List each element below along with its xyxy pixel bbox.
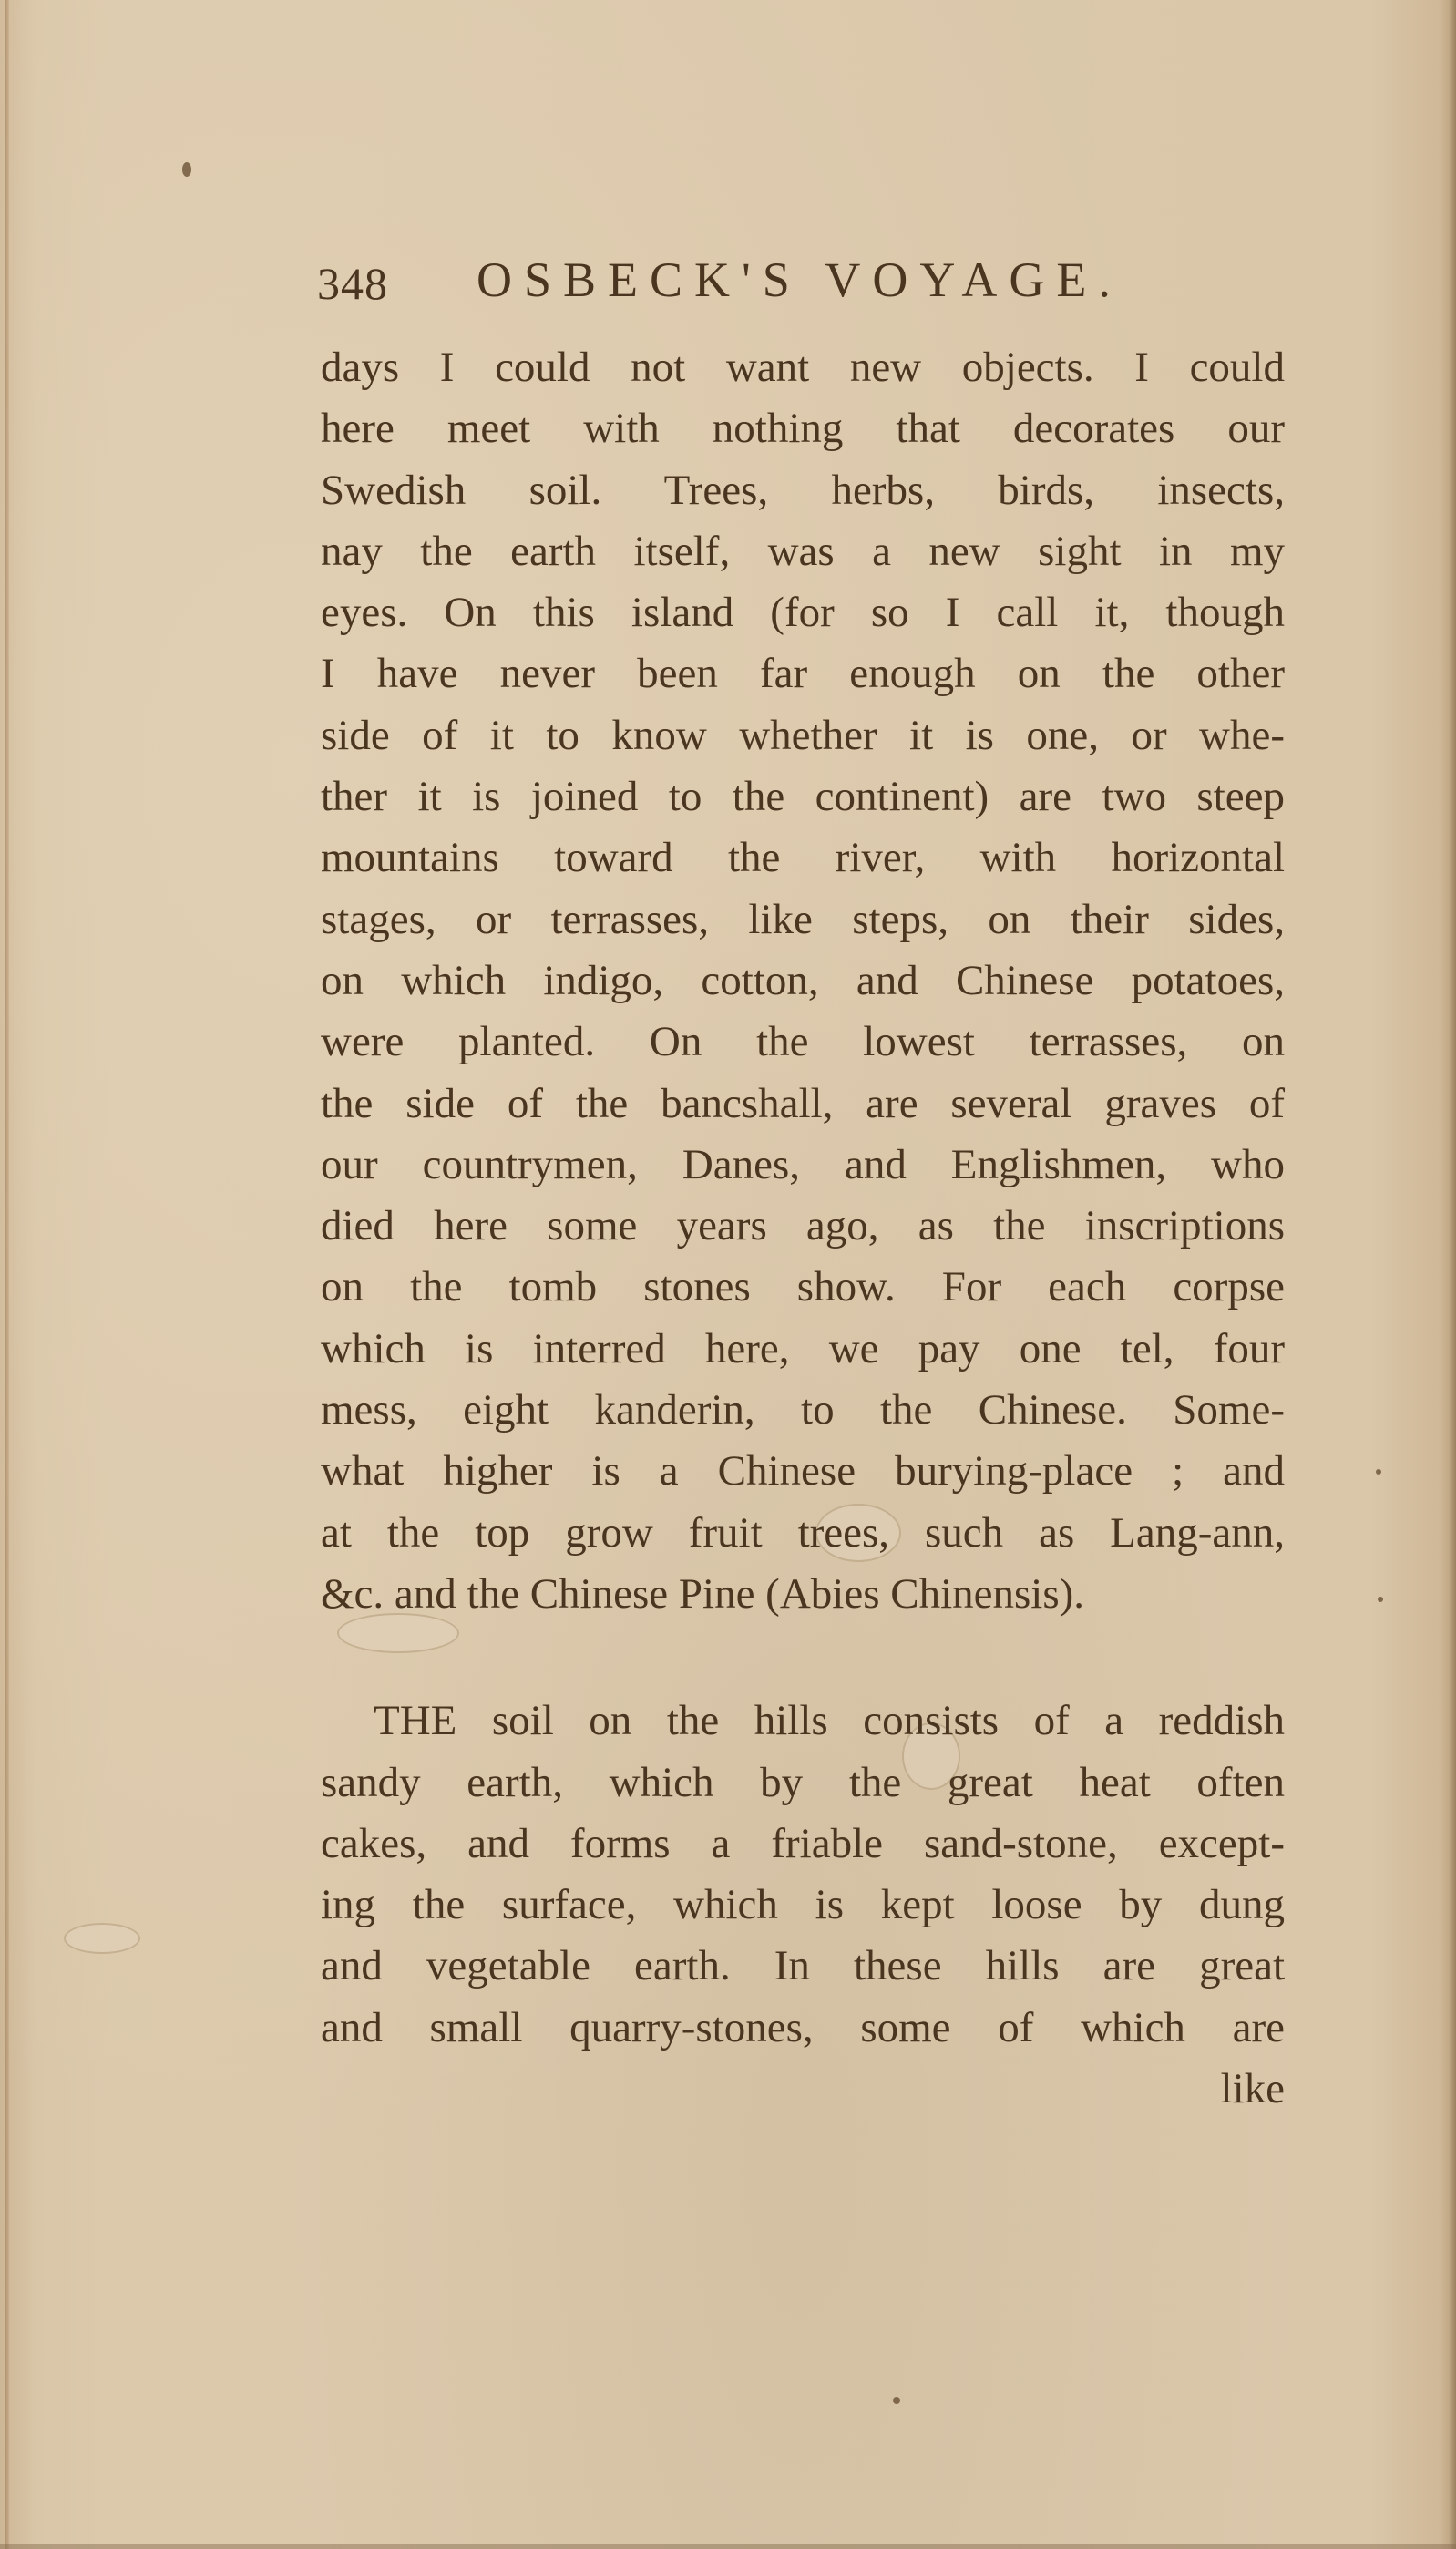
paragraph-1: days I could not want new objects. I cou… — [321, 337, 1285, 1625]
text-line: side of it to know whether it is one, or… — [321, 705, 1285, 766]
text-line: mess, eight kanderin, to the Chinese. So… — [321, 1380, 1285, 1441]
text-line: nay the earth itself, was a new sight in… — [321, 521, 1285, 582]
text-line: and small quarry-stones, some of which a… — [321, 1998, 1285, 2059]
page-right-edge — [1449, 0, 1456, 2549]
text-line: which is interred here, we pay one tel, … — [321, 1319, 1285, 1380]
catchword: like — [321, 2059, 1285, 2120]
water-stain — [64, 1923, 140, 1954]
text-line: died here some years ago, as the inscrip… — [321, 1196, 1285, 1257]
text-line: &c. and the Chinese Pine (Abies Chinensi… — [321, 1564, 1285, 1625]
text-line: were planted. On the lowest terrasses, o… — [321, 1012, 1285, 1073]
text-line: THE soil on the hills consists of a redd… — [321, 1691, 1285, 1752]
book-page: 348 OSBECK'S VOYAGE. days I could not wa… — [0, 0, 1456, 2549]
text-line: ther it is joined to the continent) are … — [321, 766, 1285, 827]
text-line: eyes. On this island (for so I call it, … — [321, 582, 1285, 643]
spine-edge — [5, 0, 9, 2549]
ink-speck — [893, 2397, 900, 2404]
text-line: what higher is a Chinese burying-place ;… — [321, 1441, 1285, 1502]
text-line: here meet with nothing that decorates ou… — [321, 398, 1285, 459]
text-line: and vegetable earth. In these hills are … — [321, 1936, 1285, 1997]
text-line: Swedish soil. Trees, herbs, birds, insec… — [321, 460, 1285, 521]
page-header: 348 OSBECK'S VOYAGE. — [317, 248, 1283, 321]
text-line: on the tomb stones show. For each corpse — [321, 1257, 1285, 1318]
ink-speck — [1378, 1597, 1383, 1602]
running-title: OSBECK'S VOYAGE. — [477, 252, 1123, 308]
text-line: days I could not want new objects. I cou… — [321, 337, 1285, 398]
ink-speck — [182, 162, 191, 177]
text-line: ing the surface, which is kept loose by … — [321, 1875, 1285, 1936]
text-line: on which indigo, cotton, and Chinese pot… — [321, 951, 1285, 1012]
text-line: at the top grow fruit trees, such as Lan… — [321, 1503, 1285, 1564]
text-line: I have never been far enough on the othe… — [321, 643, 1285, 704]
text-line: sandy earth, which by the great heat oft… — [321, 1752, 1285, 1814]
page-bottom-edge — [0, 2544, 1456, 2549]
page-number: 348 — [317, 257, 388, 310]
paragraph-gap — [321, 1625, 1285, 1691]
text-line: our countrymen, Danes, and Englishmen, w… — [321, 1135, 1285, 1196]
paragraph-2: THE soil on the hills consists of a redd… — [321, 1691, 1285, 2059]
text-line: cakes, and forms a friable sand-stone, e… — [321, 1814, 1285, 1875]
text-line: stages, or terrasses, like steps, on the… — [321, 889, 1285, 951]
ink-speck — [1376, 1469, 1381, 1475]
text-line: the side of the bancshall, are several g… — [321, 1074, 1285, 1135]
body-text: days I could not want new objects. I cou… — [321, 337, 1285, 2120]
text-line: mountains toward the river, with horizon… — [321, 827, 1285, 889]
